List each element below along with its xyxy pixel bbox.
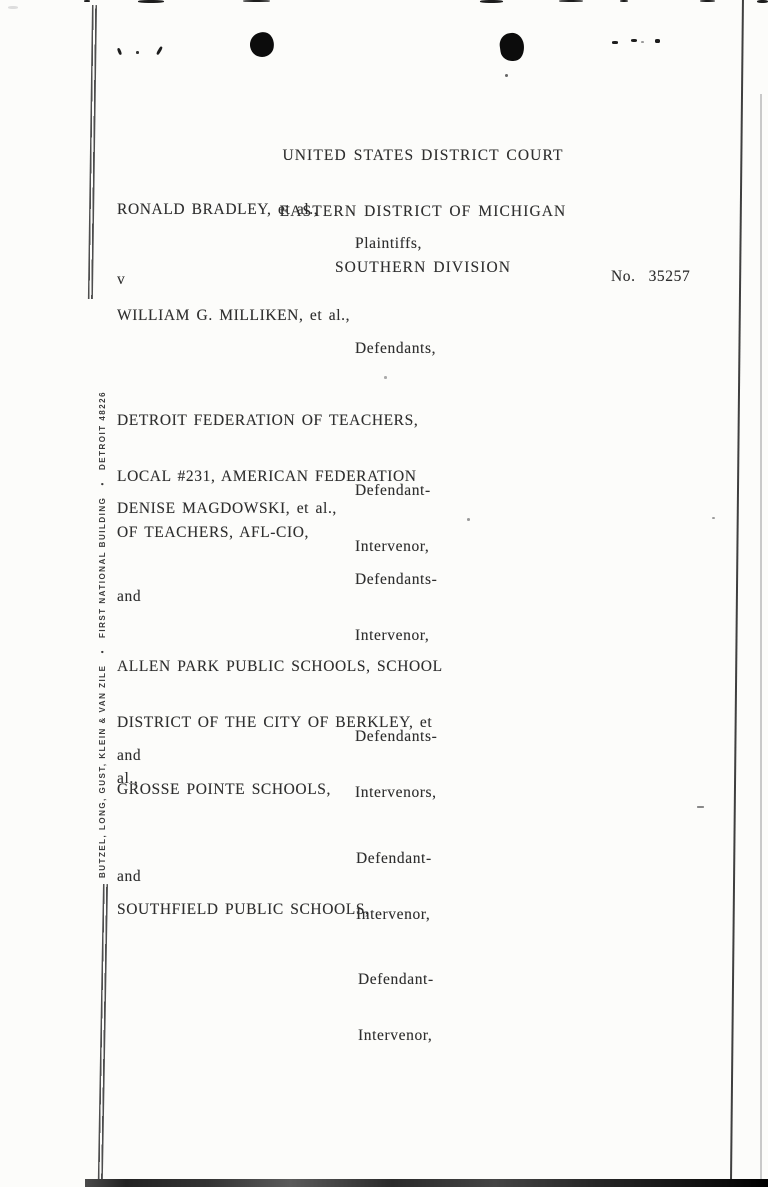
ink-mark bbox=[117, 48, 122, 55]
party-role-line: Intervenors, bbox=[355, 784, 437, 803]
scan-speck bbox=[505, 74, 508, 77]
party-name-defendants: WILLIAM G. MILLIKEN, et al., bbox=[117, 307, 350, 326]
party-role-line: Defendants- bbox=[355, 728, 437, 747]
party-role-plaintiffs: Plaintiffs, bbox=[355, 235, 422, 254]
scan-crease-line-right bbox=[760, 94, 762, 1187]
party-name-line: DETROIT FEDERATION OF TEACHERS, bbox=[117, 412, 418, 431]
hole-punch-mark-left bbox=[248, 30, 276, 59]
scan-edge-mark bbox=[620, 0, 628, 2]
party-role-line: Defendant- bbox=[356, 850, 432, 869]
scan-edge-mark bbox=[559, 0, 583, 2]
party-name-grosse-pointe: GROSSE POINTE SCHOOLS, bbox=[117, 781, 331, 800]
scan-edge-mark bbox=[700, 0, 715, 2]
scan-edge-line-right bbox=[730, 0, 744, 1187]
hole-punch-mark-right bbox=[498, 31, 526, 62]
ink-mark bbox=[156, 46, 163, 55]
scanned-court-document-page: BUTZEL, LONG, GUST, KLEIN & VAN ZILE • F… bbox=[0, 0, 768, 1187]
scan-smudge bbox=[8, 6, 18, 9]
ink-mark bbox=[631, 39, 637, 42]
versus-marker: v bbox=[117, 271, 125, 290]
party-role-line: Intervenor, bbox=[358, 1027, 434, 1046]
pleading-margin-rule-left-top bbox=[88, 5, 97, 299]
ink-mark bbox=[655, 39, 660, 43]
ink-mark bbox=[136, 51, 139, 54]
scan-speck bbox=[712, 517, 715, 519]
scan-speck bbox=[467, 518, 470, 521]
conjunction: and bbox=[117, 588, 141, 607]
scan-edge-mark bbox=[480, 0, 503, 3]
scan-edge-mark bbox=[84, 0, 90, 2]
party-role-line: Defendant- bbox=[355, 482, 431, 501]
case-number: No. 35257 bbox=[611, 268, 690, 287]
law-firm-stamp: BUTZEL, LONG, GUST, KLEIN & VAN ZILE • F… bbox=[98, 306, 107, 878]
pleading-margin-rule-left-bottom bbox=[98, 884, 108, 1187]
party-name-southfield: SOUTHFIELD PUBLIC SCHOOLS, bbox=[117, 901, 370, 920]
party-name-line: ALLEN PARK PUBLIC SCHOOLS, SCHOOL bbox=[117, 658, 443, 677]
scan-edge-mark bbox=[138, 0, 164, 3]
court-name-line: UNITED STATES DISTRICT COURT bbox=[117, 147, 729, 166]
conjunction: and bbox=[117, 747, 141, 766]
ink-mark bbox=[612, 41, 618, 44]
scan-edge-mark bbox=[243, 0, 270, 2]
conjunction: and bbox=[117, 868, 141, 887]
party-name-magdowski: DENISE MAGDOWSKI, et al., bbox=[117, 500, 337, 519]
scan-speck bbox=[697, 806, 704, 808]
scan-edge-band-bottom bbox=[85, 1179, 768, 1187]
ink-mark bbox=[641, 41, 644, 43]
party-role-line: Defendants- bbox=[355, 571, 437, 590]
scan-edge-mark bbox=[757, 0, 768, 3]
party-role-southfield: Defendant- Intervenor, bbox=[358, 934, 434, 1083]
party-role-line: Defendant- bbox=[358, 971, 434, 990]
party-role-defendants: Defendants, bbox=[355, 340, 436, 359]
party-name-plaintiffs: RONALD BRADLEY, et al., bbox=[117, 201, 318, 220]
